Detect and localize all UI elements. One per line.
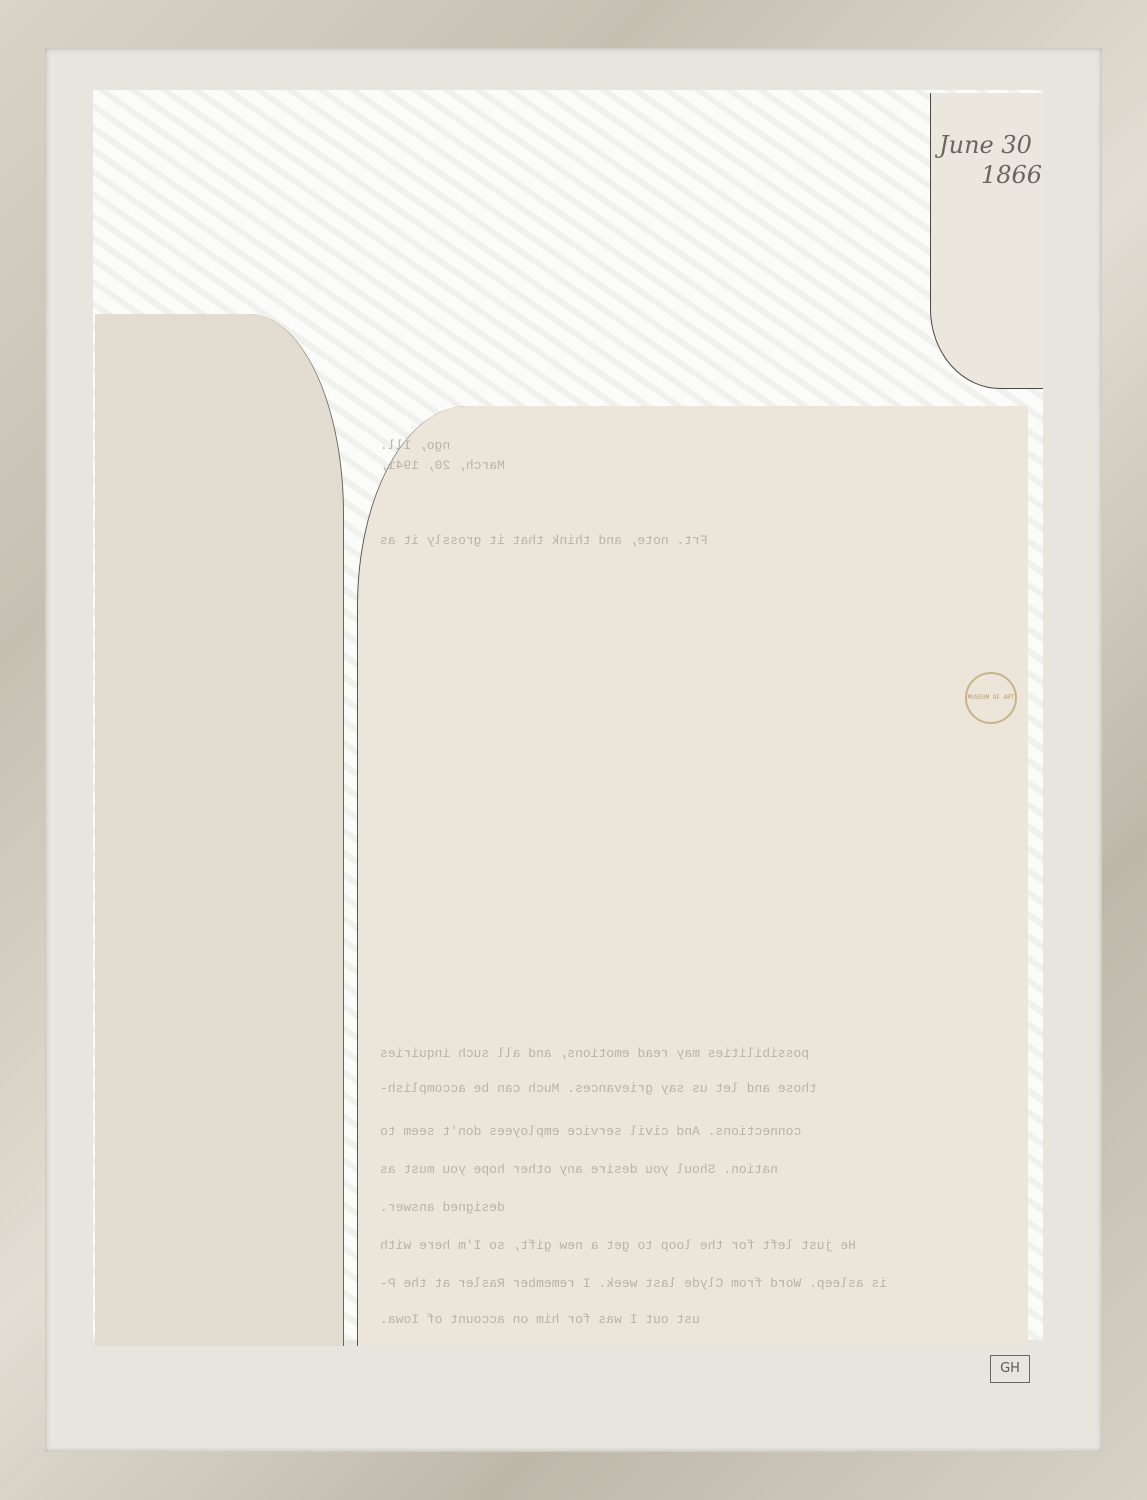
typed-line: ngo, Ill. xyxy=(380,438,1000,453)
typed-line: Frt. note, and think that it grossly it … xyxy=(380,533,1000,548)
typed-line: nation. Shoul you desire any other hope … xyxy=(380,1162,1000,1177)
typed-line: ust out I was for him on account of Iowa… xyxy=(380,1312,1000,1327)
left-paper-panel xyxy=(95,314,344,1346)
typed-line: March, 20, 1941, xyxy=(380,458,1000,473)
typed-line: those and let us say grievances. Much ca… xyxy=(380,1081,1000,1096)
typed-line: designed answer. xyxy=(380,1200,1000,1215)
corner-paper-tab: June 30 1866 xyxy=(930,93,1043,389)
typed-line: possibilities may read emotions, and all… xyxy=(380,1046,1000,1061)
typed-line: He just left for the loop to get a new g… xyxy=(380,1238,1000,1253)
monogram-box: GH xyxy=(990,1355,1030,1383)
museum-stamp: MUSEUM OF ART xyxy=(965,672,1017,724)
typed-line: connections. And civil service employees… xyxy=(380,1124,1000,1139)
handwritten-date-line1: June 30 xyxy=(939,131,1032,159)
typed-line: is asleep. Word from Clyde last week. I … xyxy=(380,1276,1000,1291)
handwritten-date-line2: 1866 xyxy=(981,161,1042,189)
